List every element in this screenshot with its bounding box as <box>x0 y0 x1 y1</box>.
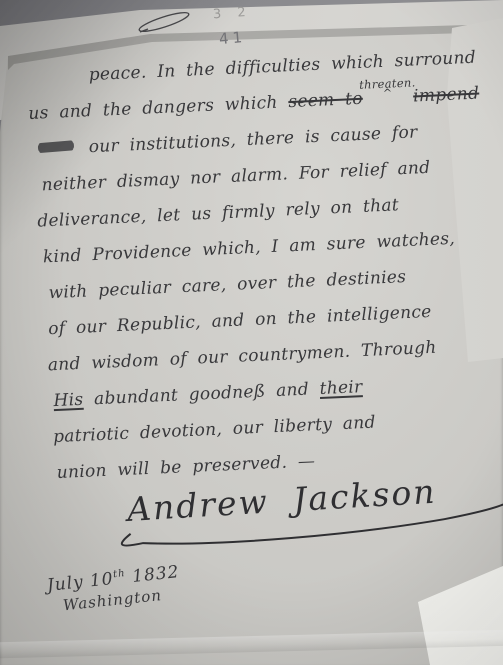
manuscript-segment-normal: union will be preserved. — <box>56 451 315 483</box>
manuscript-segment-underline: their <box>319 377 363 399</box>
manuscript-segment-normal: abundant goodneß and <box>83 379 320 410</box>
manuscript-segment-insert: threaten.^ <box>359 78 416 99</box>
date-year: 1832 <box>125 562 180 588</box>
pen-loop-doodle-icon <box>136 6 192 38</box>
manuscript-segment-strike: impend <box>413 83 480 106</box>
manuscript-segment-strike: seem to <box>288 89 363 112</box>
caret-mark: ^ <box>383 88 393 97</box>
manuscript-segment-normal: patriotic devotion, our liberty and <box>53 413 376 448</box>
manuscript-photo: 3 2 41 peace. In the difficulties which … <box>0 0 503 665</box>
manuscript-segment-underline: His <box>53 390 84 411</box>
manuscript-segment-scribble <box>38 141 75 152</box>
manuscript-segment-normal: us and the dangers which <box>28 92 289 124</box>
manuscript-text: peace. In the difficulties which surroun… <box>26 39 501 491</box>
front-page-number: 41 <box>218 28 247 48</box>
back-page-number: 3 2 <box>213 5 253 23</box>
manuscript-lines: peace. In the difficulties which surroun… <box>26 39 501 491</box>
